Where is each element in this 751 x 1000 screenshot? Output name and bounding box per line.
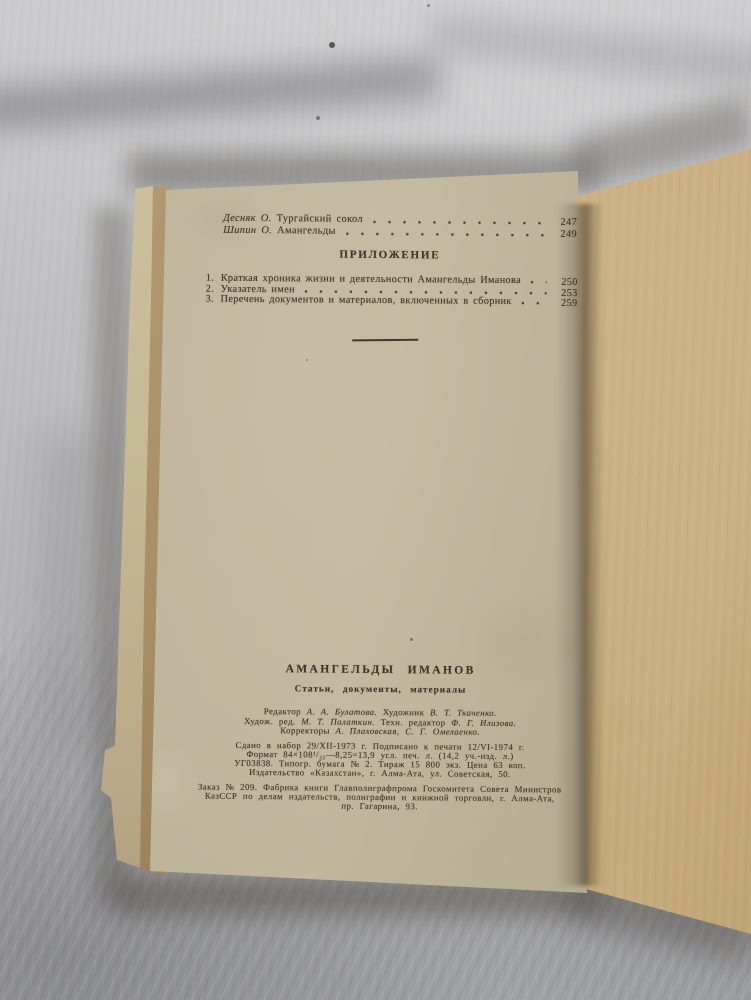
dot-leader (373, 216, 546, 225)
colophon-block: АМАНГЕЛЬДЫ ИМАНОВ Статьи, документы, мат… (188, 665, 573, 814)
toc-page-number: 249 (552, 229, 577, 241)
toc-block: Десняк О. Тургайский сокол 247 Шипин О. … (223, 213, 577, 240)
photo-open-book-colophon: { "page": { "toc_entries": [ { "author":… (0, 0, 751, 1000)
credit-role: Корректоры (280, 726, 330, 736)
order-block: Заказ № 209. Фабрика книги Главполиграфп… (188, 782, 572, 813)
book-subtitle: Статьи, документы, материалы (188, 684, 572, 697)
appendix-items: 1. Краткая хроника жизни и деятельности … (206, 274, 578, 309)
item-title: Перечень документов и материалов, включе… (221, 295, 512, 308)
credits-block: Редактор А. А. Булатова. Художник В. Т. … (188, 707, 572, 739)
item-page-number: 259 (553, 299, 578, 310)
toc-author: Десняк О. (223, 213, 272, 225)
section-divider-rule (352, 339, 418, 342)
book-title: АМАНГЕЛЬДЫ ИМАНОВ (189, 665, 573, 678)
toc-title: Амангельды (277, 225, 336, 237)
toc-page-number: 247 (552, 217, 577, 229)
dot-leader (522, 298, 547, 306)
toc-author: Шипин О. (223, 225, 272, 237)
appendix-item: 3. Перечень документов и материалов, вкл… (206, 295, 578, 309)
toc-entry: Шипин О. Амангельды 249 (223, 225, 577, 240)
dot-leader (531, 277, 547, 285)
credit-role: Худож. ред. (244, 716, 295, 726)
item-number: 3. (206, 295, 221, 306)
credit-name: А. Плаховская, С. Г. Омелаенко. (336, 726, 481, 737)
toc-title: Тургайский сокол (277, 213, 363, 226)
appendix-heading: ПРИЛОЖЕНИЕ (224, 248, 556, 263)
printed-text-layer: Десняк О. Тургайский сокол 247 Шипин О. … (0, 0, 751, 1000)
imprint-block: Сдано в набор 29/XII-1973 г. Подписано к… (188, 740, 572, 779)
dot-leader (346, 228, 546, 238)
